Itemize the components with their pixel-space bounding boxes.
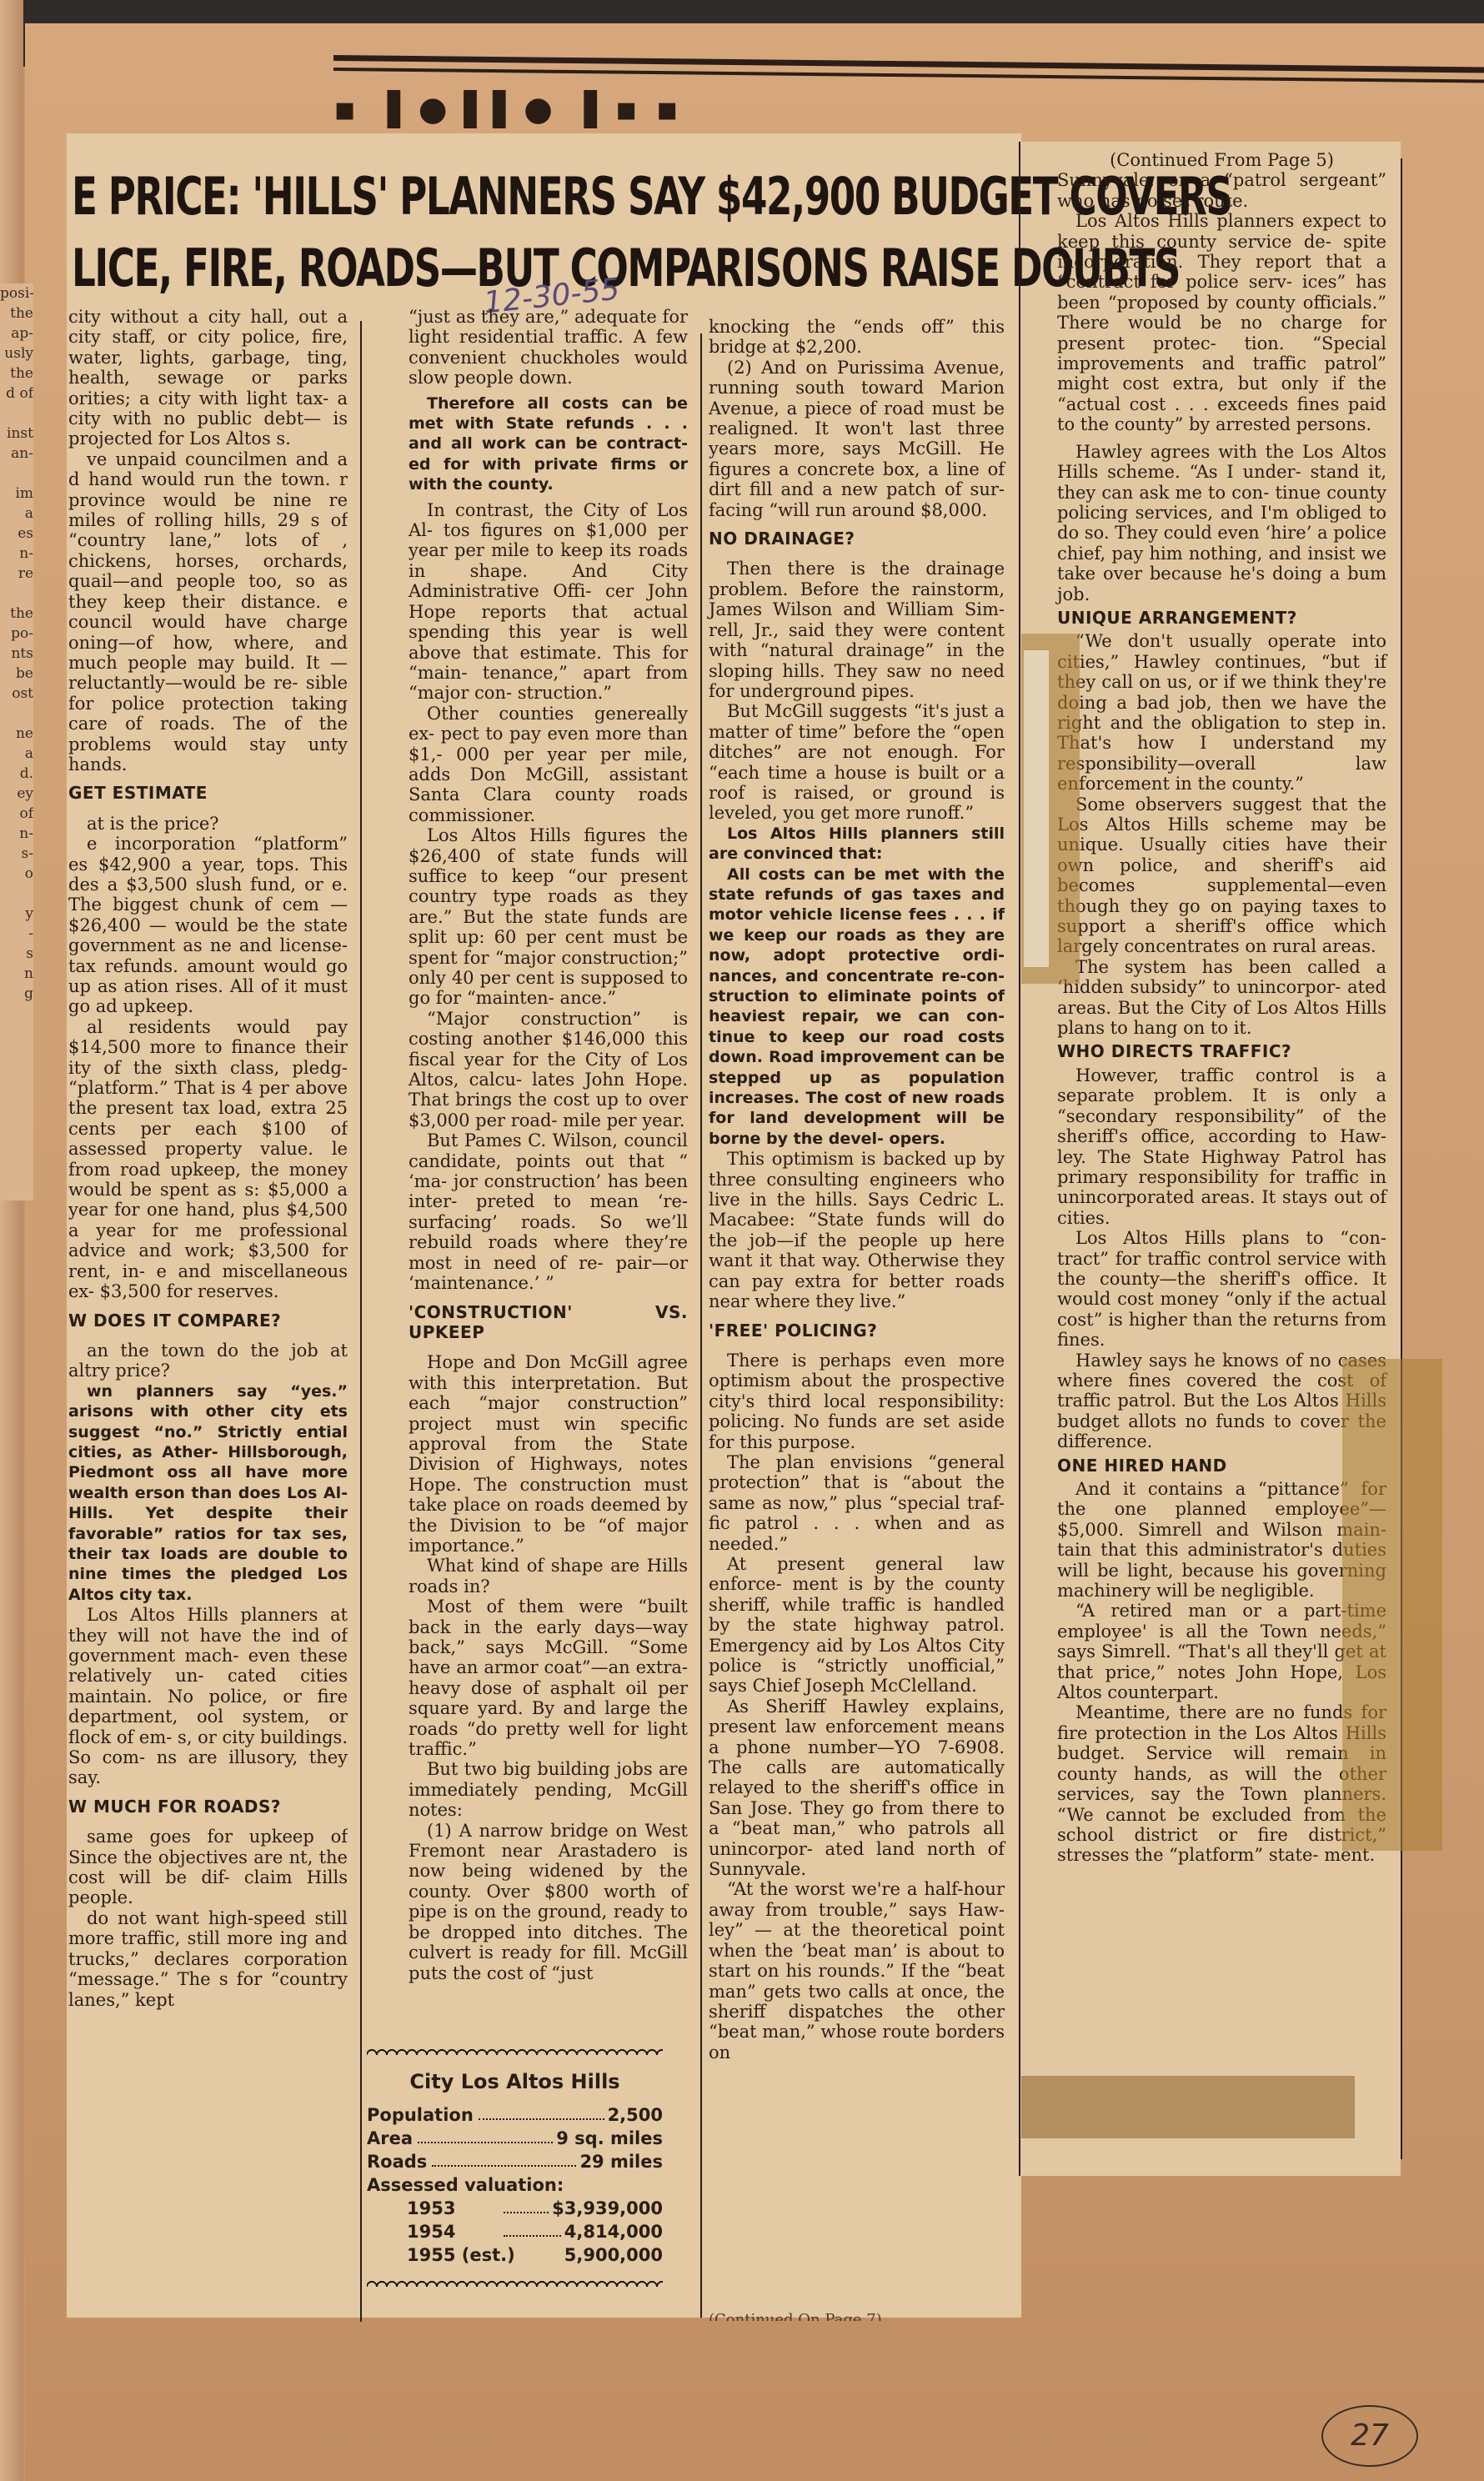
fragment-line: a [0, 744, 33, 764]
fact-row-roads: Roads29 miles [367, 2150, 663, 2173]
subhead-unique-arrangement: UNIQUE ARRANGEMENT? [1057, 608, 1386, 628]
fact-row-area: Area9 sq. miles [367, 2127, 663, 2150]
fragment-line: es [0, 524, 33, 544]
article-column-3: knocking the “ends off” this bridge at $… [709, 317, 1005, 2062]
fragment-line: posi- [0, 283, 33, 303]
subhead-one-hired-hand: ONE HIRED HAND [1057, 1456, 1386, 1476]
wavy-rule-top [367, 2047, 663, 2055]
bold-paragraph: wn planners say “yes.” arisons with othe… [68, 1381, 348, 1605]
paragraph: city without a city hall, out a city sta… [68, 307, 348, 449]
fragment-line: s- [0, 844, 33, 864]
bold-paragraph: Therefore all costs can be met with Stat… [409, 393, 688, 495]
paragraph: But McGill suggests “it's just a matter … [709, 701, 1005, 823]
subhead-no-drainage: NO DRAINAGE? [709, 529, 1005, 549]
fragment-line: the [0, 303, 33, 323]
fact-row-valuation-heading: Assessed valuation: [367, 2173, 663, 2197]
subhead-free-policing: 'FREE' POLICING? [709, 1321, 1005, 1341]
paragraph: Meantime, there are no funds for fire pr… [1057, 1702, 1386, 1865]
fragment-line: n [0, 964, 33, 984]
fragment-line [0, 704, 33, 724]
paragraph: “We don't usually operate into cities,” … [1057, 631, 1386, 794]
paragraph: As Sheriff Hawley explains, present law … [709, 1697, 1005, 1880]
paragraph: Hope and Don McGill agree with this inte… [409, 1352, 688, 1556]
paragraph: Hawley agrees with the Los Altos Hills s… [1057, 442, 1386, 604]
fact-box-title: City Los Altos Hills [367, 2070, 663, 2093]
paragraph: al residents would pay $14,500 more to f… [68, 1017, 348, 1302]
paragraph: ve unpaid councilmen and a d hand would … [68, 449, 348, 775]
fact-row-1953: 1953$3,939,000 [367, 2197, 663, 2220]
paragraph: knocking the “ends off” this bridge at $… [709, 317, 1005, 358]
article-column-1: city without a city hall, out a city sta… [68, 307, 348, 2010]
fragment-line: po- [0, 624, 33, 644]
fragment-line: a [0, 504, 33, 524]
fragment-line: d. [0, 764, 33, 784]
paragraph: There is perhaps even more optimism abou… [709, 1351, 1005, 1452]
fragment-line: ey [0, 784, 33, 804]
paragraph: “A retired man or a part-time employee' … [1057, 1601, 1386, 1702]
paragraph: “At the worst we're a half-hour away fro… [709, 1879, 1005, 2062]
adhesive-tape [1021, 2076, 1355, 2138]
fragment-line: be [0, 664, 33, 684]
subhead-how-does-it-compare: W DOES IT COMPARE? [68, 1311, 348, 1331]
fact-row-1954: 19544,814,000 [367, 2220, 663, 2243]
paragraph: In contrast, the City of Los Al- tos fig… [409, 500, 688, 704]
fragment-line: - [0, 924, 33, 944]
fragment-line [0, 884, 33, 904]
fragment-line: s [0, 944, 33, 964]
fragment-line: the [0, 363, 33, 383]
masthead-rules [333, 55, 1484, 88]
paragraph: At present general law enforce- ment is … [709, 1554, 1005, 1697]
fragment-line: g [0, 984, 33, 1004]
fragment-line: y [0, 904, 33, 924]
paragraph: Then there is the drainage problem. Befo… [709, 559, 1005, 701]
handwritten-page-number: 27 [1321, 2405, 1418, 2467]
headline-line-2: LICE, FIRE, ROADS—BUT COMPARISONS RAISE … [72, 234, 790, 303]
paragraph: Los Altos Hills plans to “con- tract” fo… [1057, 1228, 1386, 1350]
paragraph: an the town do the job at altry price? [68, 1341, 348, 1381]
fragment-line: of [0, 804, 33, 824]
paragraph: do not want high-speed still more traffi… [68, 1908, 348, 2010]
paragraph: Los Altos Hills planners expect to keep … [1057, 211, 1386, 434]
paragraph: Most of them were “built back in the ear… [409, 1596, 688, 1759]
fact-row-population: Population2,500 [367, 2103, 663, 2127]
paragraph: Hawley says he knows of no cases where f… [1057, 1351, 1386, 1452]
fragment-line: ap- [0, 323, 33, 343]
adhesive-tape [1342, 1359, 1442, 1851]
paragraph: “Major construction” is costing another … [409, 1009, 688, 1130]
paragraph: (2) And on Purissima Avenue, running sou… [709, 358, 1005, 520]
wavy-rule-bottom [367, 2278, 663, 2287]
fragment-line: d of [0, 383, 33, 403]
paragraph: The plan envisions “general protection” … [709, 1452, 1005, 1554]
fragment-line: im [0, 484, 33, 504]
paragraph: And it contains a “pittance” for the one… [1057, 1479, 1386, 1601]
article-column-4: (Continued From Page 5) Sunnyvale, or a … [1057, 150, 1386, 1866]
fragment-line: inst [0, 424, 33, 444]
paragraph: Other counties genereally ex- pect to pa… [409, 704, 688, 825]
paragraph: But two big building jobs are immediatel… [409, 1759, 688, 1820]
paragraph: at is the price? [68, 814, 348, 834]
column-rule [700, 333, 702, 2318]
bold-intro: Los Altos Hills planners still are convi… [709, 824, 1005, 865]
fact-box: City Los Altos Hills Population2,500 Are… [367, 2047, 663, 2305]
subhead-how-much-for-roads: W MUCH FOR ROADS? [68, 1797, 348, 1817]
fragment-line: an- [0, 444, 33, 464]
tape-glare [1024, 650, 1049, 967]
paragraph: “just as they are,” adequate for light r… [409, 307, 688, 388]
paragraph: Los Altos Hills planners at they will no… [68, 1605, 348, 1788]
fragment-line: o [0, 864, 33, 884]
continued-footer: (Continued On Page 7) [709, 2311, 882, 2321]
paragraph: However, traffic control is a separate p… [1057, 1065, 1386, 1228]
fragment-line [0, 403, 33, 424]
fragment-line: nts [0, 644, 33, 664]
continued-from-label: (Continued From Page 5) [1057, 150, 1386, 170]
paragraph: (1) A narrow bridge on West Fremont near… [409, 1821, 688, 1983]
fact-row-1955: 1955 (est.)5,900,000 [367, 2243, 663, 2267]
headline-line-1: E PRICE: 'HILLS' PLANNERS SAY $42,900 BU… [72, 163, 790, 231]
fragment-line: re [0, 564, 33, 584]
subhead-budget-estimate: GET ESTIMATE [68, 783, 348, 803]
fragment-line: n- [0, 544, 33, 564]
bold-paragraph: All costs can be met with the state refu… [709, 865, 1005, 1150]
fragment-line [0, 464, 33, 484]
headline: E PRICE: 'HILLS' PLANNERS SAY $42,900 BU… [72, 163, 790, 303]
fragment-line: n- [0, 824, 33, 844]
paragraph: The system has been called a ‘hidden sub… [1057, 957, 1386, 1039]
paragraph: Los Altos Hills figures the $26,400 of s… [409, 825, 688, 1009]
article-column-2: “just as they are,” adequate for light r… [409, 307, 688, 1983]
paragraph: Some observers suggest that the Los Alto… [1057, 794, 1386, 957]
paragraph: What kind of shape are Hills roads in? [409, 1556, 688, 1596]
fragment-line: ost [0, 684, 33, 704]
paragraph: This optimism is backed up by three cons… [709, 1149, 1005, 1311]
fragment-line: ne [0, 724, 33, 744]
subhead-who-directs-traffic: WHO DIRECTS TRAFFIC? [1057, 1041, 1386, 1061]
paragraph: e incorporation “platform” es $42,900 a … [68, 834, 348, 1017]
column-rule [1401, 158, 1402, 2159]
column-rule [360, 321, 362, 2322]
fragment-line: usly [0, 343, 33, 363]
paragraph: But Pames C. Wilson, council candidate, … [409, 1130, 688, 1293]
paragraph: same goes for upkeep of Since the object… [68, 1827, 348, 1908]
fragment-line [0, 584, 33, 604]
adjacent-page-fragment: posi-theap-uslythed of instan- imaesn-re… [0, 283, 33, 1200]
fragment-line: the [0, 604, 33, 624]
subhead-construction-vs-upkeep: 'CONSTRUCTION' VS. UPKEEP [409, 1302, 688, 1343]
paragraph: Sunnyvale, or a “patrol sergeant” who ha… [1057, 170, 1386, 211]
masthead-fragment: ▪ ▐ ●▐▐ ● ▐ ▪ ▪ [333, 90, 1251, 140]
column-rule [1019, 142, 1020, 2176]
